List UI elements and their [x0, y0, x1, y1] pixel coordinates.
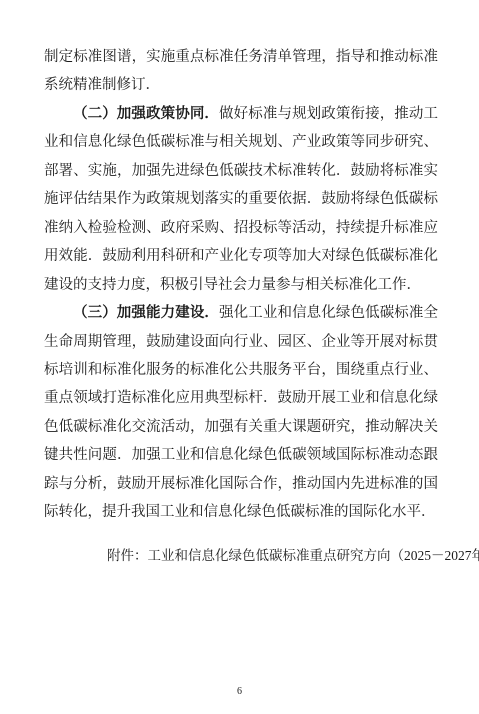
paragraph: （三）加强能力建设．强化工业和信息化绿色低碳标准全生命周期管理，鼓励建设面向行业… [44, 299, 438, 527]
attachment-line: 附件：工业和信息化绿色低碳标准重点研究方向（2025－2027年） [44, 542, 438, 570]
document-page: 制定标准图谱，实施重点标准任务清单管理，指导和推动标准系统精准制修订．（二）加强… [0, 0, 479, 714]
page-number: 6 [0, 686, 479, 698]
document-body: 制定标准图谱，实施重点标准任务清单管理，指导和推动标准系统精准制修订．（二）加强… [44, 43, 438, 570]
paragraph: 制定标准图谱，实施重点标准任务清单管理，指导和推动标准系统精准制修订． [44, 43, 438, 100]
paragraph-heading: （三）加强能力建设． [73, 305, 219, 321]
paragraph: （二）加强政策协同．做好标准与规划政策衔接，推动工业和信息化绿色低碳标准与相关规… [44, 100, 438, 299]
paragraph-heading: （二）加强政策协同． [73, 106, 219, 122]
